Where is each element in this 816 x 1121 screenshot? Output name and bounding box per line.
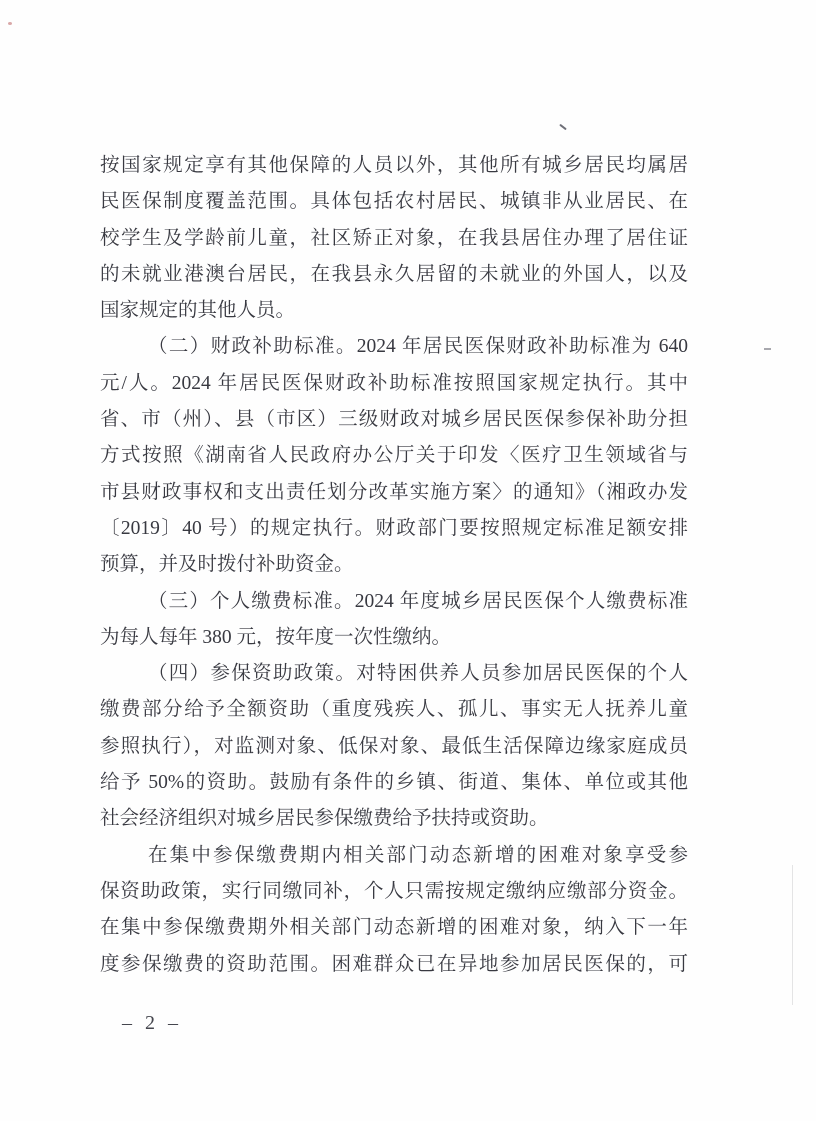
text-line: 在集中参保缴费期外相关部门动态新增的困难对象，纳入下一年 <box>100 910 688 946</box>
text-line: 参照执行），对监测对象、低保对象、最低生活保障边缘家庭成员 <box>100 729 688 765</box>
text-line: 在集中参保缴费期内相关部门动态新增的困难对象享受参 <box>100 838 688 874</box>
scan-artifact-red-speck <box>8 22 12 25</box>
page-number: – 2 – <box>122 1010 182 1036</box>
text-line: 民医保制度覆盖范围。具体包括农村居民、城镇非从业居民、在 <box>100 184 688 220</box>
document-page: 按国家规定享有其他保障的人员以外，其他所有城乡居民均属居 民医保制度覆盖范围。具… <box>0 0 816 1121</box>
text-line: （三）个人缴费标准。2024 年度城乡居民医保个人缴费标准 <box>100 584 688 620</box>
text-line: 方式按照《湖南省人民政府办公厅关于印发〈医疗卫生领域省与 <box>100 438 688 474</box>
text-line: 市县财政事权和支出责任划分改革实施方案〉的通知》（湘政办发 <box>100 475 688 511</box>
scan-artifact-dash <box>764 348 771 350</box>
scan-artifact-tick <box>559 124 567 131</box>
scan-artifact-streak <box>792 865 793 1005</box>
document-body: 按国家规定享有其他保障的人员以外，其他所有城乡居民均属居 民医保制度覆盖范围。具… <box>100 148 688 983</box>
text-line: 度参保缴费的资助范围。困难群众已在异地参加居民医保的，可 <box>100 947 688 983</box>
text-line: （二）财政补助标准。2024 年居民医保财政补助标准为 640 <box>100 329 688 365</box>
text-line: 保资助政策，实行同缴同补，个人只需按规定缴纳应缴部分资金。 <box>100 874 688 910</box>
text-line: 给予 50%的资助。鼓励有条件的乡镇、街道、集体、单位或其他 <box>100 765 688 801</box>
text-line: 的未就业港澳台居民，在我县永久居留的未就业的外国人，以及 <box>100 257 688 293</box>
text-line: 缴费部分给予全额资助（重度残疾人、孤儿、事实无人抚养儿童 <box>100 692 688 728</box>
text-line: 预算，并及时拨付补助资金。 <box>100 547 688 583</box>
text-line: 为每人每年 380 元，按年度一次性缴纳。 <box>100 620 688 656</box>
text-line: 按国家规定享有其他保障的人员以外，其他所有城乡居民均属居 <box>100 148 688 184</box>
text-line: （四）参保资助政策。对特困供养人员参加居民医保的个人 <box>100 656 688 692</box>
text-line: 社会经济组织对城乡居民参保缴费给予扶持或资助。 <box>100 801 688 837</box>
text-line: 国家规定的其他人员。 <box>100 293 688 329</box>
text-line: 元/人。2024 年居民医保财政补助标准按照国家规定执行。其中 <box>100 366 688 402</box>
text-line: 校学生及学龄前儿童，社区矫正对象，在我县居住办理了居住证 <box>100 221 688 257</box>
text-line: 省、市（州）、县（市区）三级财政对城乡居民医保参保补助分担 <box>100 402 688 438</box>
text-line: 〔2019〕40 号）的规定执行。财政部门要按照规定标准足额安排 <box>100 511 688 547</box>
